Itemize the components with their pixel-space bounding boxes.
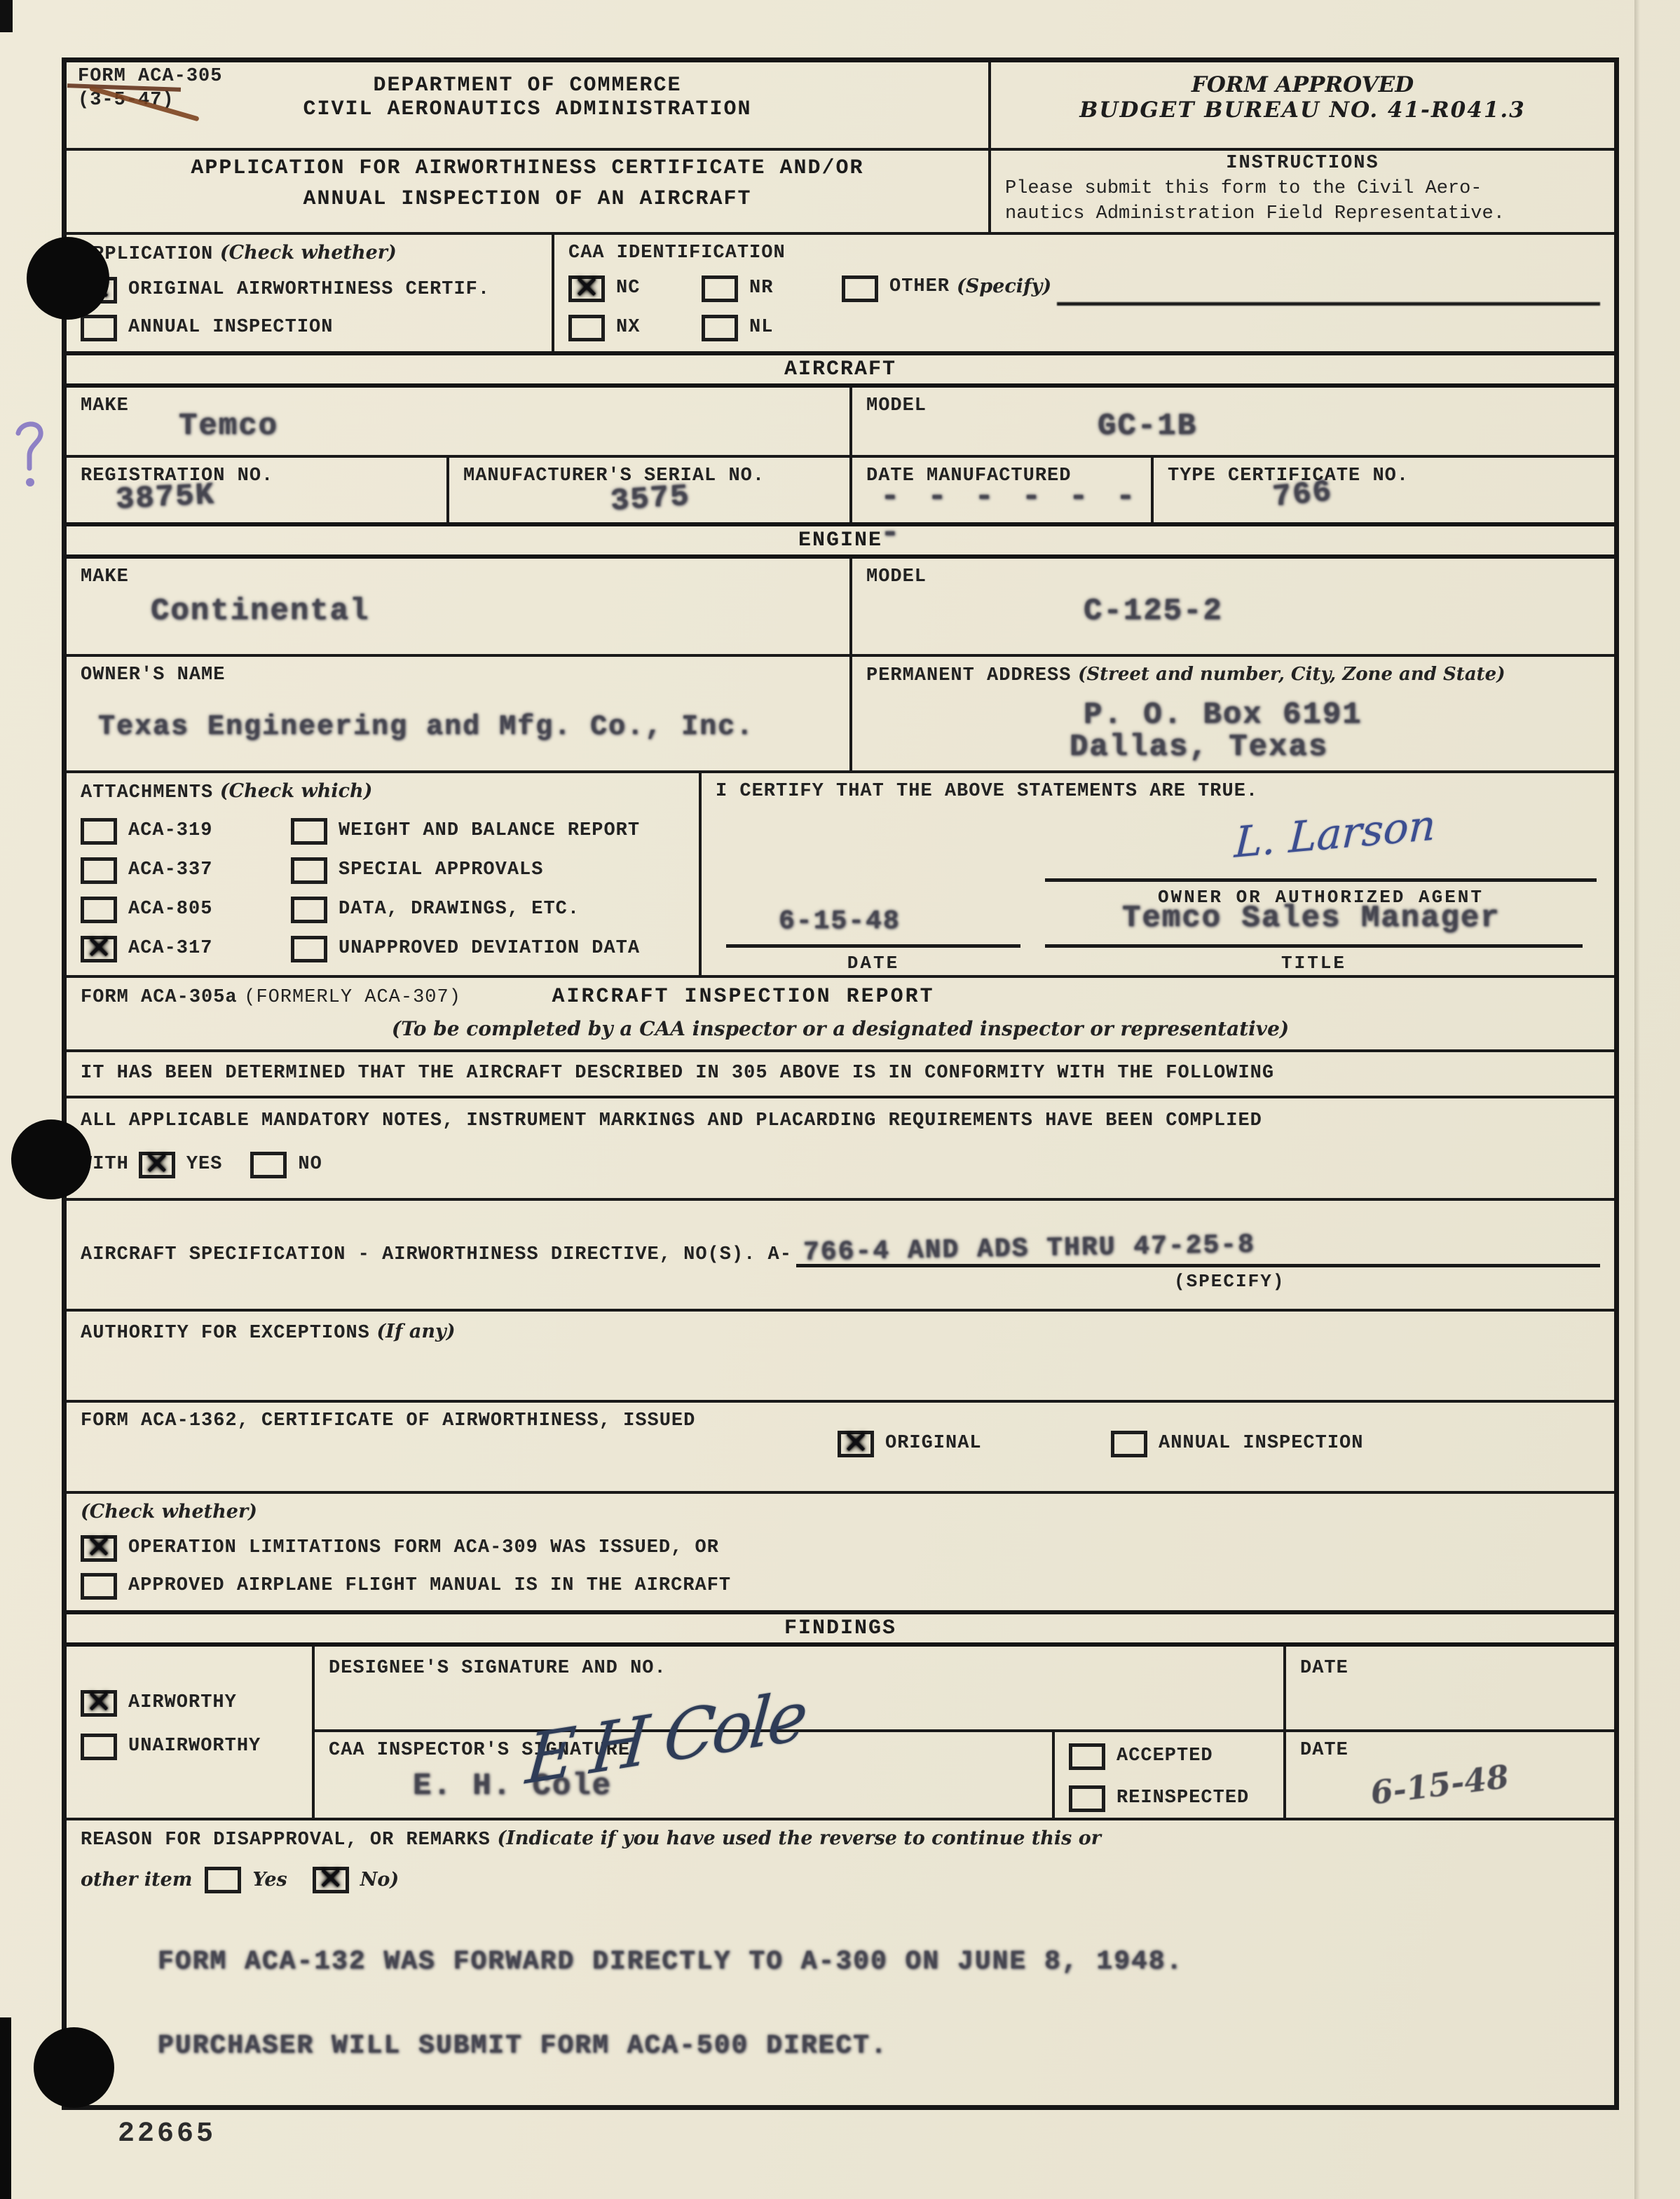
compliance-row: ALL APPLICABLE MANDATORY NOTES, INSTRUME… — [67, 1096, 1614, 1198]
check-whether-cell: (Check whether) OPERATION LIMITATIONS FO… — [67, 1494, 1614, 1610]
authority-cell: AUTHORITY FOR EXCEPTIONS (If any) — [67, 1312, 1614, 1400]
inspection-report-subtitle: (To be completed by a CAA inspector or a… — [81, 1017, 1600, 1040]
designee-date-label: DATE — [1300, 1658, 1348, 1679]
checkbox-annual-inspection[interactable] — [81, 315, 117, 341]
determined-row: IT HAS BEEN DETERMINED THAT THE AIRCRAFT… — [67, 1049, 1614, 1096]
checkbox-weight-balance[interactable] — [291, 818, 327, 845]
authority-label: AUTHORITY FOR EXCEPTIONS — [81, 1323, 370, 1344]
address-note: (Street and number, City, Zone and State… — [1078, 664, 1505, 685]
inspection-report-title: AIRCRAFT INSPECTION REPORT — [552, 985, 935, 1009]
hole-punch — [27, 237, 109, 320]
check-whether-row: (Check whether) OPERATION LIMITATIONS FO… — [67, 1491, 1614, 1610]
form-approved-box: FORM APPROVED BUDGET BUREAU NO. 41-R041.… — [991, 62, 1614, 148]
owner-address-cell: PERMANENT ADDRESS (Street and number, Ci… — [852, 657, 1614, 770]
authority-note: (If any) — [376, 1321, 455, 1342]
checkbox-aca-805[interactable] — [81, 897, 117, 923]
type-certificate-cell: TYPE CERTIFICATE NO. 766 — [1154, 458, 1614, 522]
certification-title-caption: TITLE — [1045, 953, 1583, 974]
certification-title-value[interactable]: Temco Sales Manager — [1122, 901, 1501, 936]
engine-make-value[interactable]: Continental — [151, 594, 369, 629]
remarks-line2[interactable]: PURCHASER WILL SUBMIT FORM ACA-500 DIREC… — [158, 2031, 888, 2061]
checkbox-remarks-no[interactable] — [313, 1867, 349, 1893]
checkbox-compliance-yes[interactable] — [139, 1152, 175, 1178]
aircraft-make-cell: MAKE Temco — [67, 388, 852, 455]
checkbox-aca-337[interactable] — [81, 857, 117, 884]
checkbox-nx[interactable] — [568, 315, 605, 341]
serial-number: 22665 — [118, 2118, 216, 2150]
determined-cell: IT HAS BEEN DETERMINED THAT THE AIRCRAFT… — [67, 1052, 1614, 1096]
address-line1[interactable]: P. O. Box 6191 — [1084, 697, 1363, 733]
aircraft-section-title: AIRCRAFT — [784, 358, 896, 381]
airworthy-label: AIRWORTHY — [128, 1691, 237, 1715]
caa-identification-cell: CAA IDENTIFICATION NC NX NR NL OTHER (Sp… — [554, 235, 1614, 351]
inspection-report-header: FORM ACA-305a (FORMERLY ACA-307) AIRCRAF… — [67, 975, 1614, 1049]
instructions-line2: nautics Administration Field Representat… — [1005, 201, 1600, 226]
determined-text: IT HAS BEEN DETERMINED THAT THE AIRCRAFT… — [81, 1062, 1600, 1086]
check-whether-note: (Check whether) — [81, 1501, 1600, 1523]
aca-337-label: ACA-337 — [128, 859, 212, 883]
title-row: APPLICATION FOR AIRWORTHINESS CERTIFICAT… — [67, 148, 1614, 232]
inspector-date-cell: DATE 6-15-48 — [1286, 1732, 1614, 1819]
owner-name-label: OWNER'S NAME — [81, 664, 835, 688]
caa-identification-label: CAA IDENTIFICATION — [568, 242, 1600, 266]
accepted-cell: ACCEPTED REINSPECTED — [1055, 1732, 1286, 1819]
engine-model-label: MODEL — [866, 566, 1600, 590]
remarks-yes-label: Yes — [252, 1869, 287, 1891]
specification-value: 766-4 AND ADS THRU 47-25-8 — [803, 1230, 1256, 1267]
date-manufactured-cell: DATE MANUFACTURED - - - - - - - — [852, 458, 1154, 522]
registration-cell: REGISTRATION NO. 3875K — [67, 458, 449, 522]
findings-section-title: FINDINGS — [784, 1616, 896, 1640]
inspector-cell: CAA INSPECTOR'S SIGNATURE E. H. Cole E H… — [315, 1732, 1055, 1819]
checkbox-other[interactable] — [842, 275, 878, 302]
engine-model-value[interactable]: C-125-2 — [1084, 594, 1223, 629]
remarks-cell: REASON FOR DISAPPROVAL, OR REMARKS (Indi… — [67, 1820, 1614, 2105]
compliance-no-label: NO — [298, 1153, 322, 1177]
form-border: FORM ACA-305 (3-5-47) DEPARTMENT OF COMM… — [62, 57, 1619, 2110]
attachments-cell: ATTACHMENTS (Check which) ACA-319 ACA-33… — [67, 773, 702, 975]
specify-caption: (SPECIFY) — [1174, 1271, 1285, 1292]
type-certificate-value[interactable]: 766 — [1271, 475, 1334, 516]
scanned-form-page: FORM ACA-305 (3-5-47) DEPARTMENT OF COMM… — [0, 0, 1680, 2199]
remarks-no-label: No — [360, 1869, 390, 1891]
owner-row: OWNER'S NAME Texas Engineering and Mfg. … — [67, 654, 1614, 770]
inspector-date-label: DATE — [1300, 1740, 1348, 1761]
nc-label: NC — [616, 277, 640, 301]
checkbox-unapproved-deviation[interactable] — [291, 936, 327, 962]
compliance-yes-label: YES — [186, 1153, 223, 1177]
certification-date-line — [726, 944, 1020, 948]
checkbox-flight-manual[interactable] — [81, 1573, 117, 1600]
checkbox-nl[interactable] — [702, 315, 738, 341]
remarks-note-line1: (Indicate if you have used the reverse t… — [498, 1827, 1102, 1849]
serial-value[interactable]: 3575 — [609, 479, 691, 519]
application-note: (Check whether) — [220, 242, 397, 264]
unairworthy-label: UNAIRWORTHY — [128, 1735, 261, 1759]
owner-signature-line — [1045, 878, 1597, 882]
designee-label: DESIGNEE'S SIGNATURE AND NO. — [329, 1658, 667, 1679]
authority-row: AUTHORITY FOR EXCEPTIONS (If any) — [67, 1309, 1614, 1400]
aca-305a-form-no: FORM ACA-305a — [81, 987, 238, 1008]
other-note: (Specify) — [957, 275, 1051, 297]
hole-punch — [34, 2027, 114, 2108]
issued-original-label: ORIGINAL — [885, 1432, 982, 1456]
checkbox-issued-original[interactable] — [838, 1431, 874, 1457]
unapproved-deviation-label: UNAPPROVED DEVIATION DATA — [339, 937, 640, 961]
inspector-row: CAA INSPECTOR'S SIGNATURE E. H. Cole E H… — [315, 1729, 1614, 1819]
aircraft-model-cell: MODEL GC-1B — [852, 388, 1614, 455]
engine-section-band: ENGINE — [67, 522, 1614, 559]
engine-make-model-row: MAKE Continental MODEL C-125-2 — [67, 559, 1614, 654]
other-specify-field[interactable] — [1057, 275, 1600, 306]
accepted-label: ACCEPTED — [1116, 1745, 1213, 1769]
aca-305a-formerly: (FORMERLY ACA-307) — [244, 987, 461, 1008]
checkbox-issued-annual[interactable] — [1111, 1431, 1147, 1457]
instructions-line1: Please submit this form to the Civil Aer… — [1005, 176, 1600, 201]
form-title-cell: APPLICATION FOR AIRWORTHINESS CERTIFICAT… — [67, 151, 991, 232]
engine-make-cell: MAKE Continental — [67, 559, 852, 654]
weight-balance-label: WEIGHT AND BALANCE REPORT — [339, 819, 640, 843]
checkbox-reinspected[interactable] — [1069, 1785, 1105, 1812]
checkbox-special-approvals[interactable] — [291, 857, 327, 884]
specification-cell: AIRCRAFT SPECIFICATION - AIRWORTHINESS D… — [67, 1201, 1614, 1309]
form-approved-line2: BUDGET BUREAU NO. 41-R041.3 — [1005, 97, 1600, 123]
original-airworthiness-certif-label: ORIGINAL AIRWORTHINESS CERTIF. — [128, 278, 490, 302]
aca-805-label: ACA-805 — [128, 898, 212, 922]
attachments-certify-row: ATTACHMENTS (Check which) ACA-319 ACA-33… — [67, 770, 1614, 975]
aircraft-make-value[interactable]: Temco — [179, 409, 278, 444]
registration-value[interactable]: 3875K — [115, 477, 216, 517]
aca-1362-row: FORM ACA-1362, CERTIFICATE OF AIRWORTHIN… — [67, 1400, 1614, 1491]
serial-cell: MANUFACTURER'S SERIAL NO. 3575 — [449, 458, 852, 522]
checkbox-operation-limitations[interactable] — [81, 1535, 117, 1562]
checkbox-aca-317[interactable] — [81, 936, 117, 962]
certification-title-line — [1045, 944, 1583, 948]
specification-field[interactable]: 766-4 AND ADS THRU 47-25-8 — [796, 1227, 1600, 1267]
attachments-label: ATTACHMENTS — [81, 782, 213, 803]
issued-annual-label: ANNUAL INSPECTION — [1159, 1432, 1363, 1456]
checkbox-compliance-no[interactable] — [250, 1152, 287, 1178]
checkbox-nr[interactable] — [702, 275, 738, 302]
instructions-title: INSTRUCTIONS — [1005, 152, 1600, 176]
pen-question-mark — [8, 418, 50, 495]
compliance-cell: ALL APPLICABLE MANDATORY NOTES, INSTRUME… — [67, 1098, 1614, 1198]
aircraft-section-band: AIRCRAFT — [67, 351, 1614, 388]
checkbox-airworthy[interactable] — [81, 1690, 117, 1717]
operation-limitations-label: OPERATION LIMITATIONS FORM ACA-309 WAS I… — [128, 1537, 719, 1560]
aca-319-label: ACA-319 — [128, 819, 212, 843]
checkbox-nc[interactable] — [568, 275, 605, 302]
remarks-row: REASON FOR DISAPPROVAL, OR REMARKS (Indi… — [67, 1818, 1614, 2105]
form-approved-line1: FORM APPROVED — [1005, 72, 1600, 97]
findings-verdict-cell: AIRWORTHY UNAIRWORTHY — [67, 1647, 315, 1818]
checkbox-unairworthy[interactable] — [81, 1734, 117, 1760]
findings-right: DESIGNEE'S SIGNATURE AND NO. DATE CAA IN… — [315, 1647, 1614, 1818]
findings-section-band: FINDINGS — [67, 1610, 1614, 1647]
engine-model-cell: MODEL C-125-2 — [852, 559, 1614, 654]
inspection-report-header-cell: FORM ACA-305a (FORMERLY ACA-307) AIRCRAF… — [67, 978, 1614, 1049]
aca-1362-cell: FORM ACA-1362, CERTIFICATE OF AIRWORTHIN… — [67, 1403, 1614, 1491]
annual-inspection-label: ANNUAL INSPECTION — [128, 316, 333, 340]
attachments-note: (Check which) — [220, 780, 373, 802]
special-approvals-label: SPECIAL APPROVALS — [339, 859, 543, 883]
aircraft-model-value[interactable]: GC-1B — [1098, 409, 1197, 444]
nl-label: NL — [749, 316, 773, 340]
flight-manual-label: APPROVED AIRPLANE FLIGHT MANUAL IS IN TH… — [128, 1574, 731, 1598]
other-label: OTHER — [889, 275, 950, 299]
type-certificate-label: TYPE CERTIFICATE NO. — [1168, 465, 1600, 489]
data-drawings-label: DATA, DRAWINGS, ETC. — [339, 898, 580, 922]
findings-table: AIRWORTHY UNAIRWORTHY DESIGNEE'S SIGNATU… — [67, 1647, 1614, 1818]
certification-date-value[interactable]: 6-15-48 — [779, 906, 901, 937]
form-title-line2: ANNUAL INSPECTION OF AN AIRCRAFT — [81, 187, 974, 211]
aircraft-model-label: MODEL — [866, 395, 1600, 418]
checkbox-data-drawings[interactable] — [291, 897, 327, 923]
designee-date-cell: DATE — [1286, 1647, 1614, 1729]
remarks-note-close: ) — [390, 1869, 399, 1891]
reinspected-label: REINSPECTED — [1116, 1787, 1249, 1811]
checkbox-remarks-yes[interactable] — [205, 1867, 241, 1893]
owner-name-cell: OWNER'S NAME Texas Engineering and Mfg. … — [67, 657, 852, 770]
application-cell: APPLICATION (Check whether) ORIGINAL AIR… — [67, 235, 554, 351]
engine-make-label: MAKE — [81, 566, 835, 590]
scan-edge-mark — [0, 0, 13, 32]
paper-crease — [1634, 0, 1640, 2199]
remarks-note-line2: other item — [81, 1869, 192, 1891]
hole-punch — [11, 1119, 91, 1199]
aca-317-label: ACA-317 — [128, 937, 212, 961]
header-left-cell: FORM ACA-305 (3-5-47) DEPARTMENT OF COMM… — [67, 62, 991, 148]
certify-statement: I CERTIFY THAT THE ABOVE STATEMENTS ARE … — [716, 780, 1600, 804]
address-label: PERMANENT ADDRESS — [866, 665, 1071, 686]
engine-section-title: ENGINE — [798, 529, 882, 552]
certification-cell: I CERTIFY THAT THE ABOVE STATEMENTS ARE … — [702, 773, 1614, 975]
nx-label: NX — [616, 316, 640, 340]
aircraft-make-model-row: MAKE Temco MODEL GC-1B — [67, 388, 1614, 455]
remarks-line1[interactable]: FORM ACA-132 WAS FORWARD DIRECTLY TO A-3… — [158, 1947, 1183, 1977]
nr-label: NR — [749, 277, 773, 301]
owner-signature[interactable]: L. Larson — [1234, 801, 1437, 868]
owner-name-value[interactable]: Texas Engineering and Mfg. Co., Inc. — [98, 712, 754, 743]
remarks-label: REASON FOR DISAPPROVAL, OR REMARKS — [81, 1830, 491, 1851]
address-line2[interactable]: Dallas, Texas — [1070, 730, 1328, 765]
aircraft-detail-row: REGISTRATION NO. 3875K MANUFACTURER'S SE… — [67, 455, 1614, 522]
certification-date-caption: DATE — [726, 953, 1020, 974]
inspector-date-value[interactable]: 6-15-48 — [1368, 1757, 1510, 1812]
form-title-line1: APPLICATION FOR AIRWORTHINESS CERTIFICAT… — [81, 156, 974, 180]
aca-1362-label: FORM ACA-1362, CERTIFICATE OF AIRWORTHIN… — [81, 1410, 695, 1431]
specification-row: AIRCRAFT SPECIFICATION - AIRWORTHINESS D… — [67, 1198, 1614, 1309]
application-row: APPLICATION (Check whether) ORIGINAL AIR… — [67, 232, 1614, 351]
specification-label: AIRCRAFT SPECIFICATION - AIRWORTHINESS D… — [81, 1244, 792, 1267]
checkbox-accepted[interactable] — [1069, 1743, 1105, 1770]
designee-row: DESIGNEE'S SIGNATURE AND NO. DATE — [315, 1647, 1614, 1729]
header-row: FORM ACA-305 (3-5-47) DEPARTMENT OF COMM… — [67, 62, 1614, 148]
scan-edge-strip — [0, 2017, 11, 2199]
checkbox-aca-319[interactable] — [81, 818, 117, 845]
compliance-text: ALL APPLICABLE MANDATORY NOTES, INSTRUME… — [81, 1110, 1600, 1133]
instructions-cell: INSTRUCTIONS Please submit this form to … — [991, 151, 1614, 232]
